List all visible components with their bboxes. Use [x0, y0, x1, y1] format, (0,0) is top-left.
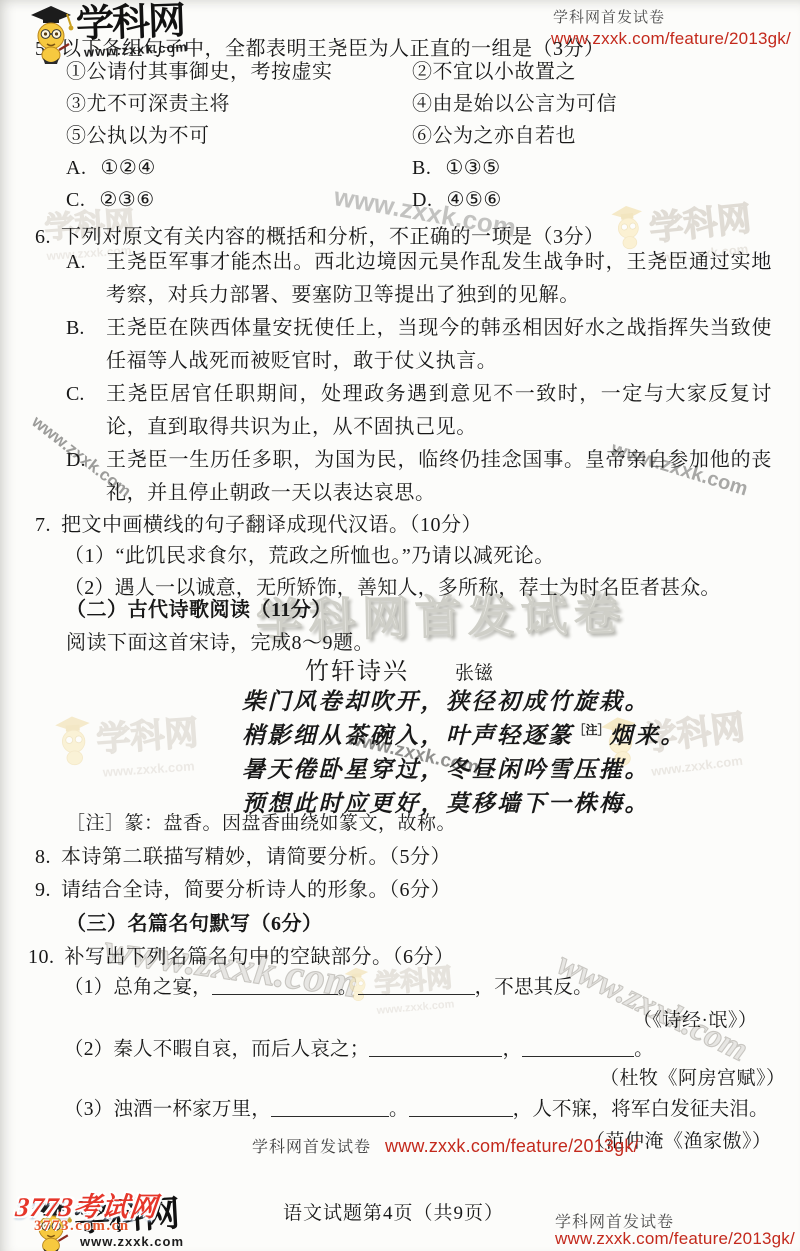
q5-choice-d: D.④⑤⑥: [412, 184, 776, 216]
poem-footnote: ［注］篆：盘香。因盘香曲绕如篆文，故称。: [66, 808, 456, 835]
poem-line-2: 梢影细从茶碗入，叶声轻逐篆［注］烟来。: [242, 717, 686, 750]
q5-choice-c: C.②③⑥: [66, 184, 412, 216]
q5-item-6: ⑥公为之亦自若也: [412, 120, 776, 152]
q8-number: 8.: [35, 846, 51, 869]
q5-option-row: ⑤公执以为不可 ⑥公为之亦自若也: [66, 120, 776, 152]
q6-choice-d: D. 王尧臣一生历任多职，为国为民，临终仍挂念国事。皇帝亲自参加他的丧礼，并且停…: [66, 444, 772, 510]
q10-stem: 10.补写出下列名篇名句中的空缺部分。（6分）: [28, 940, 455, 969]
q5-item-5: ⑤公执以为不可: [66, 120, 412, 152]
q5-choice-row: A.①②④ B.①③⑤: [66, 152, 776, 184]
answer-blank: [409, 1102, 513, 1117]
answer-blank: [369, 1042, 502, 1057]
q5-item-4: ④由是始以公言为可信: [412, 88, 776, 120]
section2-title: （二）古代诗歌阅读（11分）: [66, 593, 332, 622]
q9-stem: 9.请结合全诗，简要分析诗人的形象。（6分）: [35, 873, 451, 902]
q10-source-1: （《诗经·氓》）: [633, 1005, 757, 1032]
q6-number: 6.: [35, 226, 51, 249]
q9-number: 9.: [35, 879, 51, 902]
q5-choice-row: C.②③⑥ D.④⑤⑥: [66, 184, 776, 216]
q6-options: A. 王尧臣军事才能杰出。西北边境因元昊作乱发生战争时，王尧臣通过实地考察，对兵…: [66, 246, 772, 510]
answer-blank: [271, 1102, 389, 1117]
q10-item-3: （3）浊酒一杯家万里，。，人不寐，将军白发征夫泪。: [64, 1093, 769, 1121]
q7-number: 7.: [35, 514, 51, 537]
poem-title: 竹轩诗兴: [305, 659, 409, 685]
q5-choice-a: A.①②④: [66, 152, 412, 184]
q5-option-row: ③尤不可深责主将 ④由是始以公言为可信: [66, 88, 776, 120]
footer-release-tag: 学科网首发试卷: [252, 1139, 371, 1156]
zxxk-logo-brand: 学科网: [75, 2, 188, 44]
poem-author: 张镃: [455, 663, 493, 684]
poem-heading: 竹轩诗兴 张镃: [305, 651, 493, 686]
zxxk-mascot-icon: [53, 712, 95, 767]
q10-item-2: （2）秦人不暇自哀，而后人哀之；，。: [64, 1033, 654, 1061]
q6-stem: 6.下列对原文有关内容的概括和分析，不正确的一项是（3分）: [35, 220, 605, 249]
zxxk-logo: 学科网 www.zxxk.com: [28, 4, 188, 64]
q7-stem: 7.把文中画横线的句子翻译成现代汉语。（10分）: [35, 508, 482, 537]
q10-number: 10.: [28, 946, 55, 969]
q8-stem: 8.本诗第二联描写精妙，请简要分析。（5分）: [35, 840, 451, 869]
exam-page: www.zxxk.com 学科网 www.zxxk.com 学科网 www.zx…: [0, 0, 800, 1251]
q6-choice-c: C. 王尧臣居官任职期间，处理政务遇到意见不一致时，一定与大家反复讨论，直到取得…: [66, 378, 772, 444]
header-release-tag: 学科网首发试卷: [553, 6, 665, 27]
q7-part-1: （1）“此饥民求食尔，荒政之所恤也。”乃请以减死论。: [64, 539, 555, 568]
footer-release-line: 学科网首发试卷 www.zxxk.com/feature/2013gk/: [252, 1134, 639, 1157]
q5-options: ①公请付其事御史，考按虚实 ②不宜以小故置之 ③尤不可深责主将 ④由是始以公言为…: [66, 56, 776, 216]
page-number-label: 语文试题第4页（共9页）: [283, 1198, 504, 1225]
answer-blank: [522, 1042, 634, 1057]
section3-title: （三）名篇名句默写（6分）: [66, 907, 323, 936]
q5-item-2: ②不宜以小故置之: [412, 56, 776, 88]
footer-right-release-url[interactable]: www.zxxk.com/feature/2013gk/: [555, 1229, 795, 1249]
q6-choice-b: B. 王尧臣在陕西体量安抚使任上，当现今的韩丞相因好水之战指挥失当致使任福等人战…: [66, 312, 772, 378]
answer-blank: [212, 980, 338, 995]
poem-note-marker: ［注］: [574, 723, 610, 737]
portal-3773-domain: 3773.com.cn: [34, 1218, 130, 1235]
q10-source-2: （杜牧《阿房宫赋》）: [600, 1063, 786, 1090]
poem-line-3: 暑天倦卧星穿过，冬昼闲吟雪压摧。: [242, 751, 650, 784]
zxxk-mascot-icon: [28, 4, 74, 64]
q5-choice-b: B.①③⑤: [412, 152, 776, 184]
q10-item-1: （1）总角之宴，。，不思其反。: [64, 971, 593, 999]
answer-blank: [358, 980, 475, 995]
footer-release-url[interactable]: www.zxxk.com/feature/2013gk/: [385, 1136, 639, 1156]
q6-choice-a: A. 王尧臣军事才能杰出。西北边境因元昊作乱发生战争时，王尧臣通过实地考察，对兵…: [66, 246, 772, 312]
watermark-logo-left-poem: 学科网 www.zxxk.com: [53, 705, 202, 785]
q5-item-3: ③尤不可深责主将: [66, 88, 412, 120]
poem-line-1: 柴门风卷却吹开，狭径初成竹旋栽。: [242, 683, 650, 716]
